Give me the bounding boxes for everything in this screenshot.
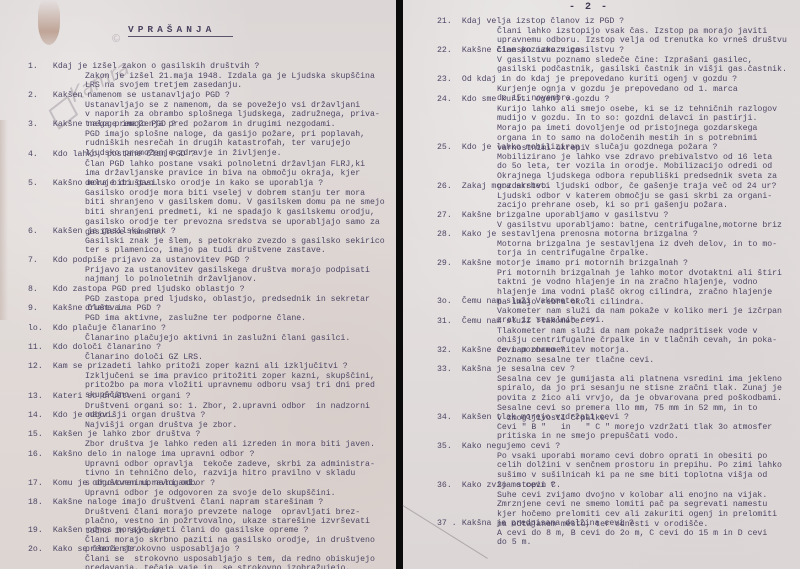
question-text: Kakšna je sesalna cev ? xyxy=(462,365,575,374)
question-text: Kakšen odnos morajo imeti člani do gasil… xyxy=(53,526,309,535)
question-number: 1. xyxy=(28,62,48,72)
question-text: Kdo zastopa PGD pred ljudsko oblastjo ? xyxy=(53,285,245,294)
question-line: 9. Kakšne člane ima PGD ? xyxy=(28,304,161,314)
question-number: 5. xyxy=(28,179,48,189)
question-line: 15. Kakšen je lahko zbor društva ? xyxy=(28,430,200,440)
answer-text: Ljudski odbor v katerem območju se gasi … xyxy=(497,192,772,211)
question-text: Kako zvijamo cevi ? xyxy=(462,481,555,490)
question-line: 23. Od kdaj in do kdaj je prepovedano ku… xyxy=(437,75,737,85)
question-line: 14. Kdo je najvišji organ društva ? xyxy=(28,411,205,421)
question-text: Kdaj velja izstop članov iz PGD ? xyxy=(462,17,624,26)
answer-text: Gasilski znak je šlem, s petokrako zvezd… xyxy=(85,237,385,256)
question-text: Zakaj mora skrbeti ljudski odbor, če gaš… xyxy=(462,182,776,191)
question-line: 24. Kdo sme kuriti ogenj v gozdu ? xyxy=(437,95,609,105)
page-number: - 2 - xyxy=(569,2,609,13)
answer-text: V gasilstvu uporabljamo: batne, centrifu… xyxy=(497,221,782,231)
question-line: 13. Kateri so društveni organi ? xyxy=(28,392,191,402)
question-number: 24. xyxy=(437,95,457,105)
question-number: 22. xyxy=(437,46,457,56)
question-text: Kdo plačuje članarino ? xyxy=(53,324,166,333)
question-text: Kdo podpiše prijavo za ustanovitev PGD ? xyxy=(53,256,250,265)
question-line: 4. Kdo lahko, postane član PGD ? xyxy=(28,150,195,160)
question-line: 16. Kakšno delo in naloge ima upravni od… xyxy=(28,450,254,460)
question-line: 3. Kakšne naloge imajo PGD ? xyxy=(28,120,176,130)
question-text: Kdo lahko, postane član PGD ? xyxy=(53,150,196,159)
question-text: Kdo določi članarino ? xyxy=(53,343,161,352)
question-line: 18. Kakšne naloge imajo društveni člani … xyxy=(28,498,323,508)
question-text: Kakšne motorje imamo pri motornih brizga… xyxy=(462,259,688,268)
question-number: 6. xyxy=(28,227,48,237)
question-number: 3. xyxy=(28,120,48,130)
answer-text: Člani se strokovno usposabljajo s tem, d… xyxy=(85,555,375,569)
question-number: 4. xyxy=(28,150,48,160)
question-text: Kakšne čine poznamo v gasilstvu ? xyxy=(462,46,624,55)
answer-text: Članarino plačujejo aktivni in zaslužni … xyxy=(85,334,350,344)
answer-text: V gasilstvu poznamo sledeče čine: Izpraš… xyxy=(497,56,787,75)
question-text: Čemu nam služi Tlakometer ? xyxy=(462,317,595,326)
question-text: Kakšne brizgalne uporabljamo v gasilstvu… xyxy=(462,211,668,220)
question-line: 22. Kakšne čine poznamo v gasilstvu ? xyxy=(437,46,624,56)
question-number: 23. xyxy=(437,75,457,85)
answer-text: Cevi " B " in " C " morejo vzdržati tlak… xyxy=(497,423,772,442)
question-number: 32. xyxy=(437,346,457,356)
question-line: 2. Kakšen namenom se ustanavljajo PGD ? xyxy=(28,91,230,101)
question-number: 34. xyxy=(437,413,457,423)
question-number: 25. xyxy=(437,143,457,153)
answer-text: Najvišji organ društva je zbor. xyxy=(85,421,237,431)
answer-text: Prijavo za ustanovitev gasilskega društv… xyxy=(85,266,370,285)
answer-text: Zakon je izšel 21.maja 1948. Izdala ga j… xyxy=(85,72,375,91)
answer-text: Poznamo sesalne ter tlačne cevi. xyxy=(497,356,654,366)
answer-text: Zbor društva je lahko reden ali izreden … xyxy=(85,440,375,450)
paper-edge-discoloration xyxy=(0,120,8,320)
copyright-icon: © xyxy=(108,30,124,47)
question-number: 35. xyxy=(437,442,457,452)
question-number: 13. xyxy=(28,392,48,402)
question-text: Kateri so društveni organi ? xyxy=(53,392,191,401)
paper-stain xyxy=(38,0,60,45)
question-line: 26. Zakaj mora skrbeti ljudski odbor, če… xyxy=(437,182,776,192)
question-line: 7. Kdo podpiše prijavo za ustanovitev PG… xyxy=(28,256,249,266)
question-line: 31. Čemu nam služi Tlakometer ? xyxy=(437,317,595,327)
question-text: Kakšen je gasilski znak ? xyxy=(53,227,176,236)
question-line: 33. Kakšna je sesalna cev ? xyxy=(437,365,575,375)
question-line: 19. Kakšen odnos morajo imeti člani do g… xyxy=(28,526,308,536)
question-line: 21. Kdaj velja izstop članov iz PGD ? xyxy=(437,17,624,27)
question-line: 36. Kako zvijamo cevi ? xyxy=(437,481,555,491)
question-text: Od kdaj in do kdaj je prepovedano kuriti… xyxy=(462,75,737,84)
question-number: 31. xyxy=(437,317,457,327)
question-text: Kako je sestavljena prenosna motorna bri… xyxy=(462,230,698,239)
question-number: 12. xyxy=(28,362,48,372)
question-line: 29. Kakšne motorje imamo pri motornih br… xyxy=(437,259,688,269)
question-text: Kdo je najvišji organ društva ? xyxy=(53,411,205,420)
question-number: 33. xyxy=(437,365,457,375)
question-line: 1. Kdaj je izšel zakon o gasilskih društ… xyxy=(28,62,259,72)
question-number: 16. xyxy=(28,450,48,460)
answer-text: Upravni odbor je odgovoren za svoje delo… xyxy=(85,489,336,499)
question-line: 11. Kdo določi članarino ? xyxy=(28,343,161,353)
question-line: lo. Kdo plačuje članarino ? xyxy=(28,324,166,334)
question-number: 7. xyxy=(28,256,48,266)
question-text: Kdaj je izšel zakon o gasilskih društvih… xyxy=(53,62,259,71)
question-text: Kam se prizadeti lahko pritoži zoper kaz… xyxy=(53,362,348,371)
answer-text: Članarino določi GZ LRS. xyxy=(85,353,203,363)
question-number: 29. xyxy=(437,259,457,269)
question-number: 9. xyxy=(28,304,48,314)
question-text: Kakšne člane ima PGD ? xyxy=(53,304,161,313)
question-number: 2. xyxy=(28,91,48,101)
question-number: 2o. xyxy=(28,545,48,555)
question-line: 35. Kako negujemo cevi ? xyxy=(437,442,560,452)
question-text: Kako negujemo cevi ? xyxy=(462,442,560,451)
question-text: Kakšne cevi poznamo ? xyxy=(462,346,565,355)
question-line: 8. Kdo zastopa PGD pred ljudsko oblastjo… xyxy=(28,285,245,295)
answer-text: PGD ima aktivne, zaslužne ter podporne č… xyxy=(85,314,306,324)
question-number: 28. xyxy=(437,230,457,240)
question-text: Čemu nam služi Vakometer ? xyxy=(462,297,590,306)
question-line: 17. Komu je odgovoren upravni odbor ? xyxy=(28,479,215,489)
question-text: Kdo sme kuriti ogenj v gozdu ? xyxy=(462,95,609,104)
question-number: 15. xyxy=(28,430,48,440)
question-number: 14. xyxy=(28,411,48,421)
question-line: 37 . Kakšna je predpisana dolžina cevi ? xyxy=(437,519,634,529)
question-number: 36. xyxy=(437,481,457,491)
question-line: 34. Kakšen tlak morejo vzdržati cevi ? xyxy=(437,413,629,423)
question-text: Kakšno delo in naloge ima upravni odbor … xyxy=(53,450,254,459)
question-number: 19. xyxy=(28,526,48,536)
answer-text: Motorna brizgalna je sestavljena iz dveh… xyxy=(497,240,777,259)
question-number: 21. xyxy=(437,17,457,27)
question-text: Kakšne naloge imajo društveni člani napr… xyxy=(53,498,323,507)
question-line: 27. Kakšne brizgalne uporabljamo v gasil… xyxy=(437,211,668,221)
question-text: Kakšne naloge imajo PGD ? xyxy=(53,120,176,129)
document-page-1: Kamra © VPRAŠANJA 1. Kdaj je izšel zakon… xyxy=(0,0,396,569)
question-line: 5. Kakšno mora biti gasilsko orodje in k… xyxy=(28,179,323,189)
question-text: Kakšna je predpisana dolžina cevi ? xyxy=(462,519,634,528)
question-text: Kakšno mora biti gasilsko orodje in kako… xyxy=(53,179,323,188)
question-line: 32. Kakšne cevi poznamo ? xyxy=(437,346,565,356)
question-line: 28. Kako je sestavljena prenosna motorna… xyxy=(437,230,698,240)
question-text: Kakšen je lahko zbor društva ? xyxy=(53,430,200,439)
question-line: 2o. Kako se člani strokovno usposabljajo… xyxy=(28,545,240,555)
question-line: 6. Kakšen je gasilski znak ? xyxy=(28,227,176,237)
answer-text: A cevi do 8 m, B cevi do 2o m, C cevi do… xyxy=(497,529,767,548)
question-number: 26. xyxy=(437,182,457,192)
question-number: lo. xyxy=(28,324,48,334)
question-text: Kdo je lahko mobiliziran v slučaju gozdn… xyxy=(462,143,718,152)
question-number: 27. xyxy=(437,211,457,221)
page-title: VPRAŠANJA xyxy=(128,24,233,37)
question-line: 3o. Čemu nam služi Vakometer ? xyxy=(437,297,590,307)
question-text: Kako se člani strokovno usposabljajo ? xyxy=(53,545,240,554)
document-page-2: 21. Kdaj velja izstop članov iz PGD ?Čla… xyxy=(403,0,800,569)
question-text: Kakšen namenom se ustanavljajo PGD ? xyxy=(53,91,230,100)
question-text: Komu je odgovoren upravni odbor ? xyxy=(53,479,215,488)
question-number: 11. xyxy=(28,343,48,353)
question-line: 12. Kam se prizadeti lahko pritoži zoper… xyxy=(28,362,348,372)
question-number: 18. xyxy=(28,498,48,508)
question-number: 3o. xyxy=(437,297,457,307)
question-text: Kakšen tlak morejo vzdržati cevi ? xyxy=(462,413,629,422)
question-number: 17. xyxy=(28,479,48,489)
question-line: 25. Kdo je lahko mobiliziran v slučaju g… xyxy=(437,143,717,153)
question-number: 8. xyxy=(28,285,48,295)
